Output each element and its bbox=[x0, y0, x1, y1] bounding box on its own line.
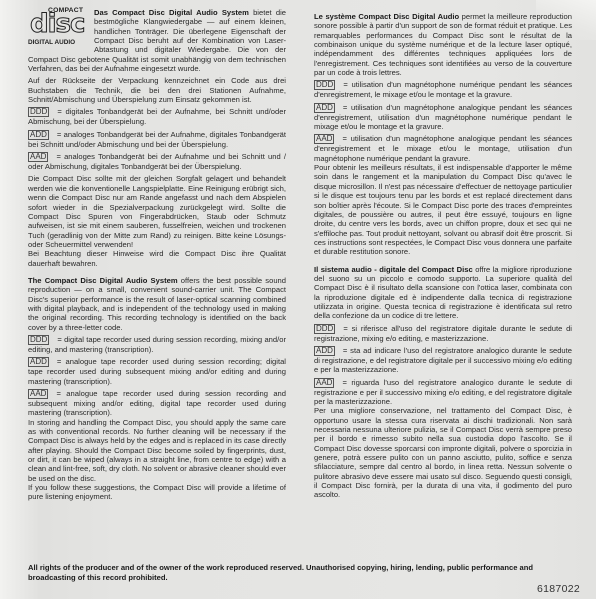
logo-disc-wordmark: disc bbox=[30, 12, 84, 36]
english-care-text: In storing and handling the Compact Disc… bbox=[28, 418, 286, 483]
french-code-add: ADD= utilisation d'un magnétophone analo… bbox=[314, 103, 572, 132]
english-code-ddd-text: = digital tape recorder used during sess… bbox=[28, 335, 286, 354]
english-code-aad: AAD= analogue tape recorder used during … bbox=[28, 389, 286, 418]
english-code-add-text: = analogue tape recorder used during ses… bbox=[28, 357, 286, 385]
italian-intro: Il sistema audio - digitale del Compact … bbox=[314, 265, 572, 321]
french-code-ddd: DDD= utilisation d'un magnétophone numér… bbox=[314, 80, 572, 99]
german-code-ddd: DDD= digitales Tonbandgerät bei der Aufn… bbox=[28, 107, 286, 126]
ddd-badge: DDD bbox=[28, 107, 49, 117]
english-code-ddd: DDD= digital tape recorder used during s… bbox=[28, 335, 286, 354]
aad-badge: AAD bbox=[28, 389, 48, 399]
french-care-text: Pour obtenir les meilleurs résultats, il… bbox=[314, 163, 572, 256]
french-intro: Le système Compact Disc Digital Audio pe… bbox=[314, 12, 572, 77]
french-intro-heading: Le système Compact Disc Digital Audio bbox=[314, 12, 459, 21]
italian-code-aad: AAD= riguarda l'uso del registratore ana… bbox=[314, 378, 572, 407]
english-section: The Compact Disc Digital Audio System of… bbox=[28, 276, 286, 502]
german-closing-text: Bei Beachtung dieser Hinweise wird die C… bbox=[28, 249, 286, 268]
french-code-ddd-text: = utilisation d'un magnétophone numériqu… bbox=[314, 80, 572, 99]
german-code-aad-text: = analoges Tonbandgerät bei der Aufnahme… bbox=[28, 152, 286, 171]
aad-badge: AAD bbox=[28, 152, 48, 162]
ddd-badge: DDD bbox=[314, 80, 335, 90]
italian-care-text: Per una migliore conservazione, nel trat… bbox=[314, 406, 572, 499]
italian-code-ddd-text: = si riferisce all'uso del registratore … bbox=[314, 324, 572, 343]
french-section: Le système Compact Disc Digital Audio pe… bbox=[314, 12, 572, 257]
aad-badge: AAD bbox=[314, 378, 334, 388]
italian-code-aad-text: = riguarda l'uso del registratore analog… bbox=[314, 378, 572, 406]
english-code-aad-text: = analogue tape recorder used during ses… bbox=[28, 389, 286, 417]
english-code-add: ADD= analogue tape recorder used during … bbox=[28, 357, 286, 386]
italian-code-add-text: = sta ad indicare l'uso del registratore… bbox=[314, 346, 572, 374]
add-badge: ADD bbox=[28, 357, 49, 367]
right-column: Le système Compact Disc Digital Audio pe… bbox=[314, 8, 572, 500]
french-code-aad-text: = utilisation d'un magnétophone analogiq… bbox=[314, 134, 572, 162]
rights-notice: All rights of the producer and of the ow… bbox=[28, 563, 576, 582]
german-care-text: Die Compact Disc sollte mit der gleichen… bbox=[28, 174, 286, 249]
catalog-number: 6187022 bbox=[537, 583, 580, 595]
german-code-add-text: = analoges Tonbandgerät bei der Aufnahme… bbox=[28, 130, 286, 149]
italian-intro-heading: Il sistema audio - digitale del Compact … bbox=[314, 265, 473, 274]
german-code-intro: Auf der Rückseite der Verpackung kennzei… bbox=[28, 76, 286, 104]
italian-code-ddd: DDD= si riferisce all'uso del registrato… bbox=[314, 324, 572, 343]
french-code-add-text: = utilisation d'un magnétophone analogiq… bbox=[314, 103, 572, 131]
english-intro-heading: The Compact Disc Digital Audio System bbox=[28, 276, 178, 285]
english-intro: The Compact Disc Digital Audio System of… bbox=[28, 276, 286, 332]
left-column: COMPACT disc DIGITAL AUDIO Das Compact D… bbox=[28, 8, 286, 502]
german-intro-heading: Das Compact Disc Digital Audio System bbox=[94, 8, 249, 17]
ddd-badge: DDD bbox=[314, 324, 335, 334]
logo-digital-audio-text: DIGITAL AUDIO bbox=[28, 38, 75, 47]
italian-section: Il sistema audio - digitale del Compact … bbox=[314, 265, 572, 500]
booklet-page: COMPACT disc DIGITAL AUDIO Das Compact D… bbox=[0, 0, 596, 599]
german-code-add: ADD= analoges Tonbandgerät bei der Aufna… bbox=[28, 130, 286, 149]
german-code-ddd-text: = digitales Tonbandgerät bei der Aufnahm… bbox=[28, 107, 286, 126]
french-intro-text: permet la meilleure reproduction sonore … bbox=[314, 12, 572, 77]
german-code-aad: AAD= analoges Tonbandgerät bei der Aufna… bbox=[28, 152, 286, 171]
add-badge: ADD bbox=[314, 103, 335, 113]
italian-code-add: ADD= sta ad indicare l'uso del registrat… bbox=[314, 346, 572, 375]
french-code-aad: AAD= utilisation d'un magnétophone analo… bbox=[314, 134, 572, 163]
add-badge: ADD bbox=[28, 130, 49, 140]
ddd-badge: DDD bbox=[28, 335, 49, 345]
add-badge: ADD bbox=[314, 346, 335, 356]
compact-disc-logo: COMPACT disc DIGITAL AUDIO bbox=[26, 6, 88, 46]
german-section: COMPACT disc DIGITAL AUDIO Das Compact D… bbox=[28, 8, 286, 268]
aad-badge: AAD bbox=[314, 134, 334, 144]
english-closing-text: If you follow these suggestions, the Com… bbox=[28, 483, 286, 502]
